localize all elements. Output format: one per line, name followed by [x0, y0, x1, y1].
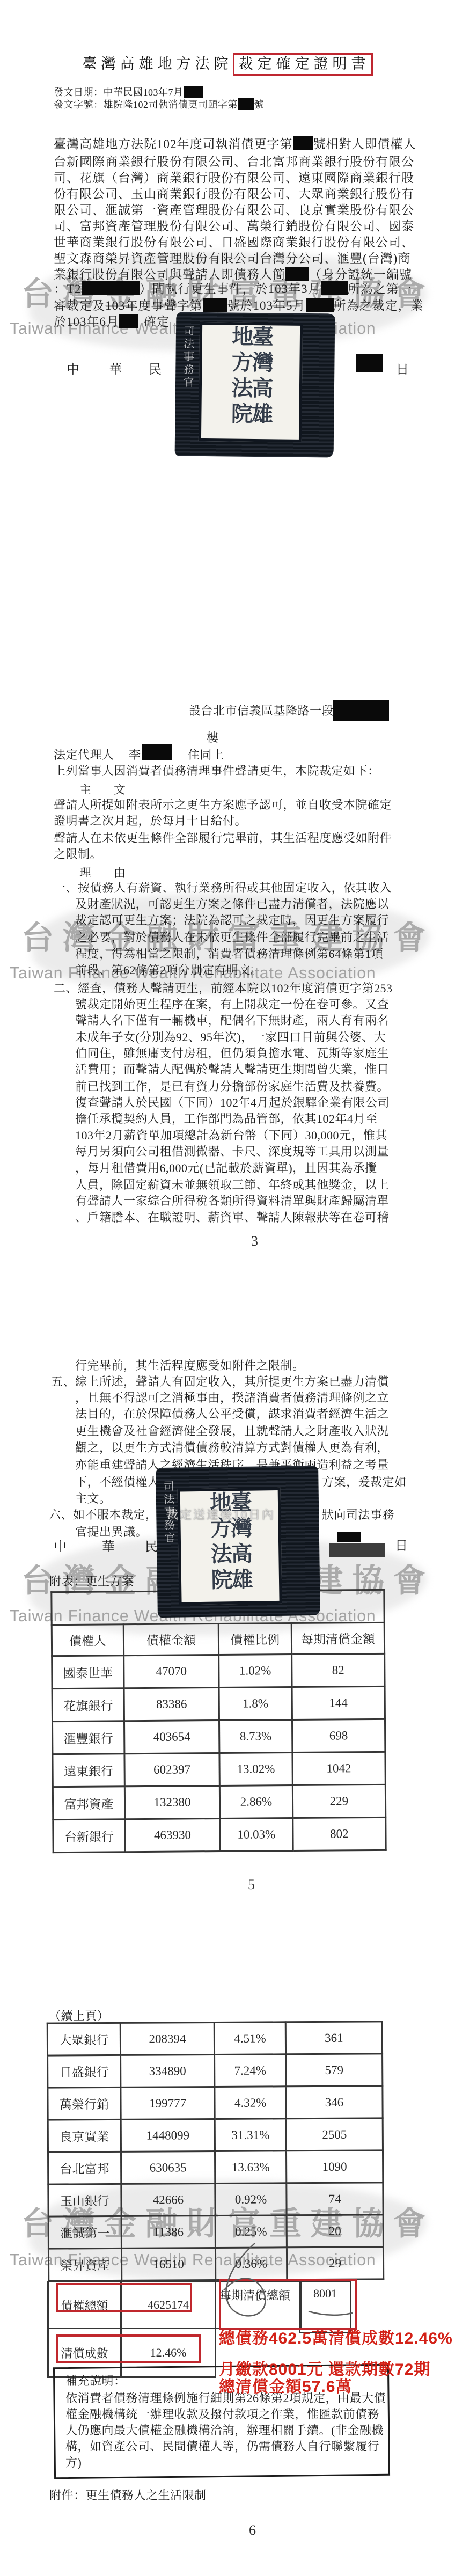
- cert-body-line: 於103年6月確定: [54, 312, 170, 330]
- table-header-cell: 每期清償金額: [291, 1622, 385, 1654]
- seal-overlapped-text: 裁定送達後10日內: [166, 1506, 275, 1523]
- table-cell: 1.8%: [219, 1687, 292, 1721]
- reason-line: 復查聲請人於民國（下同）102年4月起於銀驛企業有限公司: [75, 1094, 390, 1110]
- table-cell: 11386: [121, 2216, 216, 2249]
- table-cell: 1042: [292, 1752, 386, 1785]
- table-cell: 大眾銀行: [47, 2023, 120, 2055]
- table-cell: 良京實業: [48, 2119, 121, 2152]
- ruling-intro: 上列當事人因消費者債務清理事件聲請更生，本院裁定如下：: [54, 762, 380, 779]
- cert-body-line: 限公司、滙誠第一資產管理股份有限公司、良京實業股份有限公: [54, 200, 414, 218]
- reason-line: 有聲請人一家綜合所得稅各類所得資料清單與財產歸屬清單: [75, 1192, 389, 1209]
- reason-line: 法目的，在於保障債務人公平受償，謀求消費者經濟生活之: [75, 1405, 389, 1422]
- reason-line: 二、經查，債務人聲請更生，前經本院以102年度消債更字第253: [54, 979, 393, 996]
- roc-date-char: 中: [67, 358, 79, 377]
- redaction-box: [337, 1532, 361, 1542]
- table-cell: 玉山銀行: [48, 2184, 121, 2216]
- handwriting-scribble: [209, 2241, 365, 2329]
- highlight-box-ratio: [56, 2334, 201, 2363]
- annotation-repay-ratio: 清償成數12.46%: [328, 2325, 453, 2348]
- supplement-line: 方): [65, 2454, 82, 2470]
- table-cell: 403654: [124, 1720, 219, 1753]
- seal-side-text: 司法事務官: [180, 325, 196, 390]
- table-cell: 630635: [121, 2151, 215, 2184]
- cert-body-line: 審裁定及103年度事聲字第號於103年5月所為之裁定，業: [54, 296, 424, 313]
- table-cell: 463930: [125, 1818, 220, 1851]
- main-text-line: 之限制。: [54, 845, 102, 862]
- reason-line: 擔任承攬契約人員，工作部門為品管部，依其102年4月至: [75, 1110, 378, 1126]
- table-cell: 82: [291, 1653, 385, 1687]
- scanned-court-document: 台灣金融財富重建協會 Taiwan Finance Wealth Rehabil…: [0, 0, 455, 2576]
- redaction-box: [329, 1543, 385, 1557]
- reason-line: 一、按債務人有薪資、執行業務所得或其他固定收入，依其收入: [54, 879, 392, 896]
- seal-window: 臺灣高雄地方法院: [199, 322, 303, 442]
- table-cell: 國泰世華: [52, 1656, 124, 1689]
- table-cell: 802: [292, 1817, 386, 1850]
- page-number: 6: [249, 2522, 256, 2538]
- table-cell: 10.03%: [220, 1818, 293, 1851]
- roc-date-char: 華: [102, 1536, 115, 1555]
- cert-body-line: 臺灣高雄地方法院102年度司執消債更字第號相對人即債權人: [54, 134, 416, 152]
- table-cell: 花旗銀行: [52, 1688, 124, 1722]
- table-cell: 602397: [124, 1753, 219, 1786]
- table-cell: 1090: [286, 2150, 383, 2183]
- supplement-line: 權金融機構統一辦理收款及撥付款項之作業，惟匯款前債務: [65, 2405, 379, 2422]
- redaction-box: [356, 354, 383, 372]
- reason-line: 六、如不服本裁定，: [49, 1506, 158, 1523]
- table-header-cell: 債權人: [52, 1624, 123, 1656]
- annotation-total-debt: 總債務462.5萬: [219, 2325, 328, 2348]
- table-cell: 42666: [121, 2184, 216, 2216]
- table-cell: 361: [285, 2022, 382, 2054]
- roc-date-char: 中: [54, 1536, 67, 1555]
- supplement-line: 構，如資產公司、民間債權人等，仍需債務人自行聯繫履行: [65, 2438, 379, 2454]
- reason-line: 及財產狀況，可認更生方案之條件已盡力清償者，法院應以: [75, 895, 389, 912]
- redaction-box: [333, 700, 389, 721]
- court-seal-stamp: 司法事務官 臺灣高雄地方法院: [175, 312, 335, 457]
- table-cell: 遠東銀行: [53, 1754, 124, 1787]
- supplement-heading: 補充說明：: [65, 2372, 126, 2389]
- redaction-box: [293, 136, 313, 150]
- page-number: 3: [251, 1233, 258, 1249]
- table-cell: 74: [287, 2183, 383, 2215]
- cert-body-line: 份有限公司、玉山商業銀行股份有限公司、大眾商業銀行股份有: [54, 184, 414, 202]
- table-cell: 日盛銀行: [48, 2055, 121, 2088]
- table-cell: 199777: [121, 2087, 215, 2120]
- cert-body-line: 聖文森商榮昇資產管理股份有限公司台灣分公司、滙豐(台灣)商: [54, 248, 410, 266]
- table-cell: 台新銀行: [53, 1819, 125, 1853]
- redaction-box: [321, 281, 348, 295]
- reason-line: 人員，除固定薪資未並無領取三節、年終或其他獎金，以上: [75, 1176, 389, 1192]
- main-text-line: 聲請人在未依更生條件全部履行完畢前，其生活程度應受如附件: [54, 829, 392, 846]
- cert-body-line: 司、花旗（台灣）商業銀行股份有限公司、遠東國際商業銀行股: [54, 168, 414, 186]
- table-cell: 7.24%: [215, 2054, 286, 2087]
- main-text-line: 證明書之次月起，於每月十日給付。: [54, 812, 247, 829]
- legal-rep-address: 住同上: [188, 746, 224, 763]
- reason-line: 103年2月薪資單加項總計為新台幣（下同）30,000元，惟其: [75, 1126, 387, 1143]
- table-cell: 13.02%: [219, 1753, 292, 1786]
- address-line: 設台北市信義區基隆路一段: [189, 702, 334, 719]
- reason-line: 行完畢前，其生活程度應受如附件之限制。: [75, 1357, 305, 1373]
- page-title-boxed: 裁定確定證明書: [233, 53, 373, 76]
- roc-date-char: 日: [395, 1535, 408, 1554]
- supplement-line: 人仍應向最大債權金融機構洽詢，辦理相關手續。(非金融機: [65, 2421, 384, 2438]
- address-line2: 樓: [207, 729, 219, 745]
- roc-date-char: 民: [145, 1536, 158, 1555]
- page-title: 臺灣高雄地方法院裁定確定證明書: [0, 52, 455, 73]
- reason-line: 觀之，以更生方式清償債務較清算方式對債權人更為有利，: [75, 1439, 389, 1455]
- attachment-note: 附件：更生債務人之生活限制: [49, 2486, 207, 2503]
- cert-body-line: 台新國際商業銀行股份有限公司、台北富邦商業銀行股份有限公: [54, 152, 414, 170]
- table-cell: 2505: [286, 2118, 383, 2151]
- reason-line: ，每月租借費用6,000元(已記載於薪資單)，且因其為承攬: [75, 1159, 377, 1176]
- reason-line: 前段、第62條第2項分別定有明文。: [75, 961, 263, 978]
- table-cell: 萬榮行銷: [48, 2087, 121, 2120]
- seal-script-text: 臺灣高雄地方法院: [230, 325, 271, 440]
- reason-line: 方案，爰裁定如: [322, 1473, 407, 1490]
- table-cell: 229: [292, 1784, 386, 1818]
- cert-body-line: ：T2）間執行更生事件，於103年3月所為之第一: [54, 279, 412, 297]
- seal-window: 臺灣高雄地方法院: [178, 1488, 282, 1605]
- cert-body-line: 司、富邦資產管理股份有限公司、萬榮行銷股份有限公司、國泰: [54, 216, 414, 234]
- reason-line: 程度，得為相當之限制，消費者債務清理條例第64條第1項: [75, 945, 384, 962]
- highlight-box-total-debt: [56, 2283, 192, 2312]
- reason-heading: 理 由: [79, 864, 131, 881]
- table-cell: 47070: [124, 1655, 219, 1688]
- table-cell: 台北富邦: [48, 2151, 121, 2184]
- reason-line: 主文。: [75, 1490, 112, 1506]
- redaction-box: [142, 744, 172, 760]
- legal-rep-name: 李: [129, 746, 141, 763]
- court-seal-stamp: 司法事務官 臺灣高雄地方法院: [156, 1466, 320, 1618]
- redaction-box: [184, 86, 203, 98]
- reason-line: 聲請人名下僅有一輛機車，配偶名下無財產，兩人育有兩名: [75, 1012, 389, 1028]
- table-cell: 8.73%: [219, 1720, 292, 1753]
- reason-line: 前已找到工作，是已有資力分擔部份家庭生活費及扶養費。: [75, 1078, 389, 1094]
- annotation-total-repaid: 總清償金額57.6萬: [219, 2373, 352, 2397]
- roc-date-char: 日: [396, 358, 409, 377]
- reason-line: 更生機會及社會經濟健全發展，且就聲請人之財產收入狀況: [75, 1422, 389, 1439]
- roc-date-char: 民: [149, 358, 162, 377]
- redaction-box: [119, 314, 138, 328]
- roc-date-char: 華: [109, 358, 122, 377]
- table-cell: 4.32%: [215, 2087, 286, 2119]
- reason-line: 裁定認可更生方案；法院為認可之裁定時，因更生方案履行: [75, 911, 389, 928]
- reason-line: 狀向司法事務: [322, 1506, 394, 1523]
- repayment-plan-table: 每月一期，六年共計 債權人 債權金額 債權比例 每期清償金額 國泰世華47070…: [50, 1589, 386, 1853]
- reason-line: 之必要，對於債務人在未依更生條件全部履行完畢前之生活: [75, 928, 389, 945]
- table-cell: 滙誠第一: [48, 2216, 121, 2249]
- reason-line: 號裁定開始更生程序在案，有上開裁定一份在卷可參。又查: [75, 996, 389, 1012]
- redaction-box: [238, 98, 254, 110]
- cert-body-line: 世華商業銀行股份有限公司、日盛國際商業銀行股份有限公司、: [54, 232, 414, 250]
- reason-line: 每月另須向公司租借測微器、卡尺、深度規等工具用以測量: [75, 1143, 389, 1159]
- main-text-line: 聲請人所提如附表所示之更生方案應予認可，並自收受本院確定: [54, 796, 392, 813]
- table-cell: 334890: [120, 2055, 215, 2088]
- table-cell: 滙豐銀行: [52, 1721, 124, 1754]
- table-cell: 132380: [124, 1785, 219, 1819]
- main-text-heading: 主 文: [79, 781, 131, 797]
- table-cell: 698: [292, 1719, 385, 1752]
- page-title-prefix: 臺灣高雄地方法院: [83, 56, 233, 72]
- reason-line: 活費用；而聲請人配偶於聲請人聲請更生期間曾失業，惟目: [75, 1060, 389, 1077]
- table-continued-label: （續上頁）: [49, 2007, 109, 2024]
- reason-line: 、戶籍謄本、在職證明、薪資單、聲請人陳報狀等在卷可稽: [75, 1209, 389, 1225]
- table-cell: 13.63%: [215, 2151, 287, 2184]
- table-header-cell: 債權比例: [218, 1623, 291, 1655]
- reason-line: 伯同住，雖無庸支付房租，但仍須負擔水電、瓦斯等家庭生: [75, 1044, 389, 1061]
- table-cell: 31.31%: [215, 2119, 286, 2151]
- table-cell: 富邦資產: [53, 1787, 124, 1820]
- table-cell: 榮昇資產: [48, 2248, 121, 2281]
- table-cell: 1.02%: [219, 1655, 292, 1688]
- legal-rep-label: 法定代理人: [54, 746, 114, 763]
- table-cell: 1448099: [121, 2119, 215, 2152]
- table-cell: 83386: [124, 1687, 219, 1721]
- table-cell: 2.86%: [219, 1785, 292, 1819]
- reason-line: 五、綜上所述，聲請人有固定收入，其所提更生方案已盡力清償: [51, 1373, 389, 1389]
- redaction-box: [306, 298, 334, 312]
- redaction-box: [82, 281, 140, 295]
- table-cell: 4.51%: [214, 2022, 285, 2055]
- reason-line: 未成年子女(分別為92、95年次)，一家四口目前與公婆、大: [75, 1028, 386, 1045]
- table-header-cell: 債權金額: [123, 1623, 218, 1655]
- table-cell: 144: [292, 1686, 385, 1719]
- table-cell: 346: [286, 2086, 383, 2119]
- redaction-box: [203, 298, 227, 312]
- table-cell: 579: [286, 2054, 383, 2087]
- table-cell: 0.92%: [215, 2183, 287, 2216]
- issue-number-line: 發文字號：雄院隆102司執消債更司頤字第號: [54, 97, 264, 111]
- attachment-table-label: 附表：更生方案: [49, 1572, 134, 1589]
- reason-line: ，且無不得認可之消極事由，揆諸消費者債務清理條例之立: [75, 1389, 389, 1406]
- table-cell: 16510: [121, 2248, 216, 2281]
- page-number: 5: [248, 1877, 255, 1893]
- table-cell: 208394: [120, 2023, 215, 2055]
